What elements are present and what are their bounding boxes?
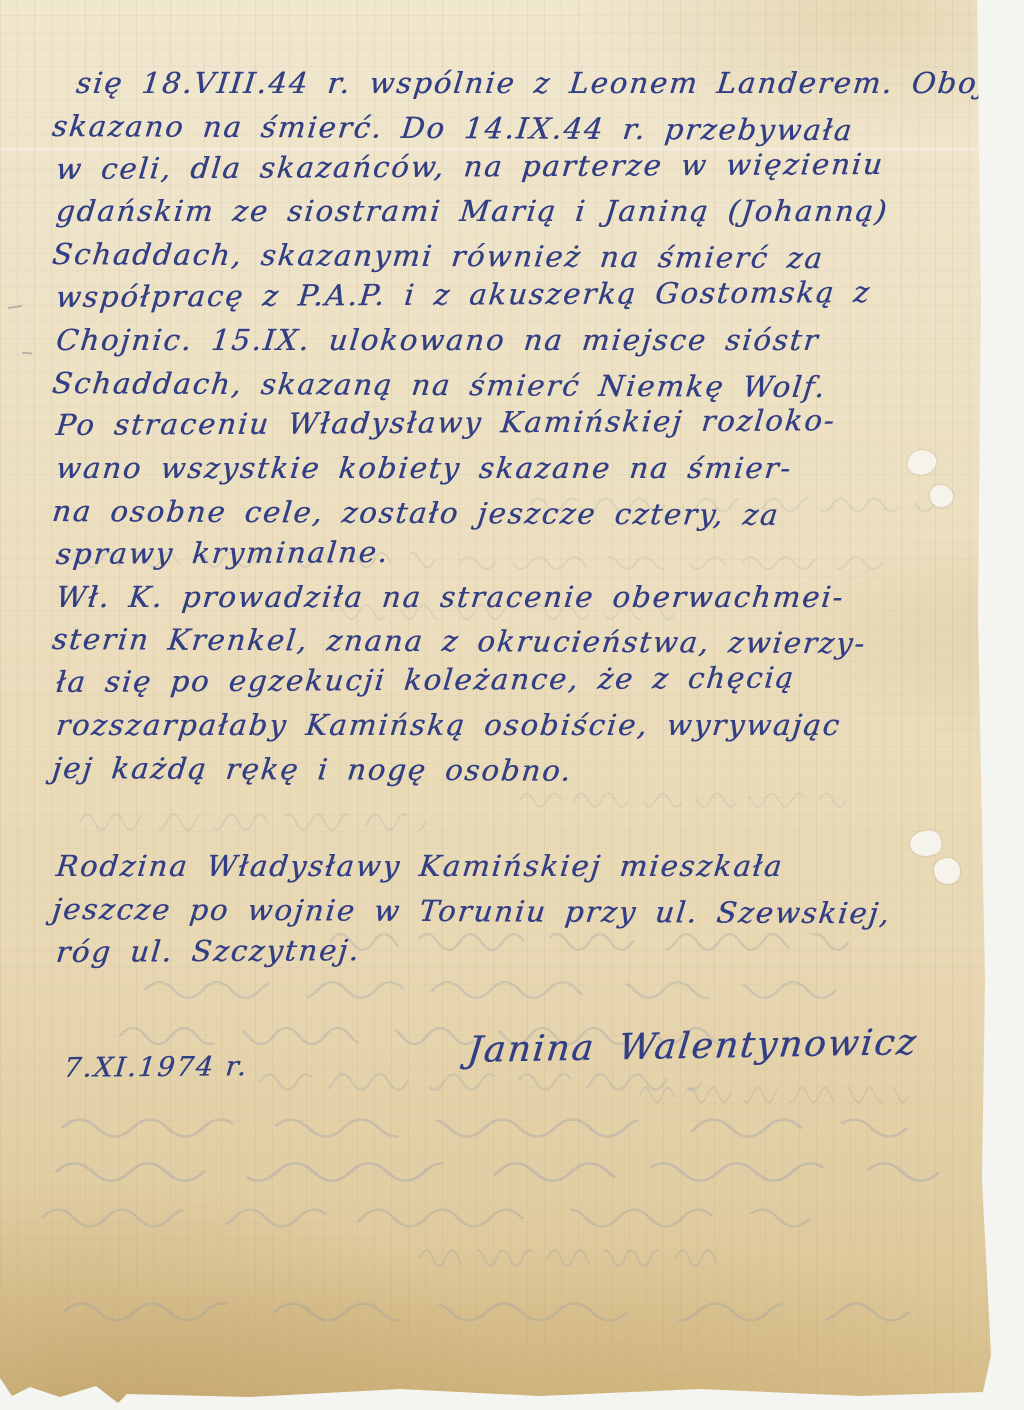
manuscript-paragraph-1: się 18.VIII.44 r. wspólnie z Leonem Land… [54,62,984,790]
manuscript-line: Wł. K. prowadziła na stracenie oberwachm… [54,576,988,619]
margin-mark [22,352,32,355]
paper-sheet: się 18.VIII.44 r. wspólnie z Leonem Land… [0,0,1024,1410]
manuscript-line: współpracę z P.A.P. i z akuszerką Gostom… [54,270,989,318]
manuscript-line: w celi, dla skazańców, na parterze w wię… [54,142,989,190]
manuscript-line: Po straceniu Władysławy Kamińskiej rozlo… [54,399,989,447]
manuscript-line: Rodzina Władysławy Kamińskiej mieszkała [54,845,988,888]
manuscript-line: rozszarpałaby Kamińską osobiście, wyrywa… [54,704,988,747]
manuscript-line: jej każdą rękę i nogę osobno. [50,747,988,795]
manuscript-line: Chojnic. 15.IX. ulokowano na miejsce sió… [54,319,988,362]
manuscript-line: wano wszystkie kobiety skazane na śmier- [54,447,988,490]
manuscript-line: ła się po egzekucji koleżance, że z chęc… [54,655,989,703]
manuscript-date: 7.XI.1974 r. [62,1051,249,1084]
manuscript-line: się 18.VIII.44 r. wspólnie z Leonem Land… [74,62,988,105]
manuscript-line: róg ul. Szczytnej. [54,925,989,973]
manuscript-line: sprawy kryminalne. [54,527,989,575]
manuscript-paragraph-2: Rodzina Władysławy Kamińskiej mieszkałaj… [54,845,984,973]
signature: Janina Walentynowicz [465,1022,919,1071]
scan-background: się 18.VIII.44 r. wspólnie z Leonem Land… [0,0,1024,1410]
margin-mark [8,305,22,309]
manuscript-line: gdańskim ze siostrami Marią i Janiną (Jo… [54,190,988,233]
